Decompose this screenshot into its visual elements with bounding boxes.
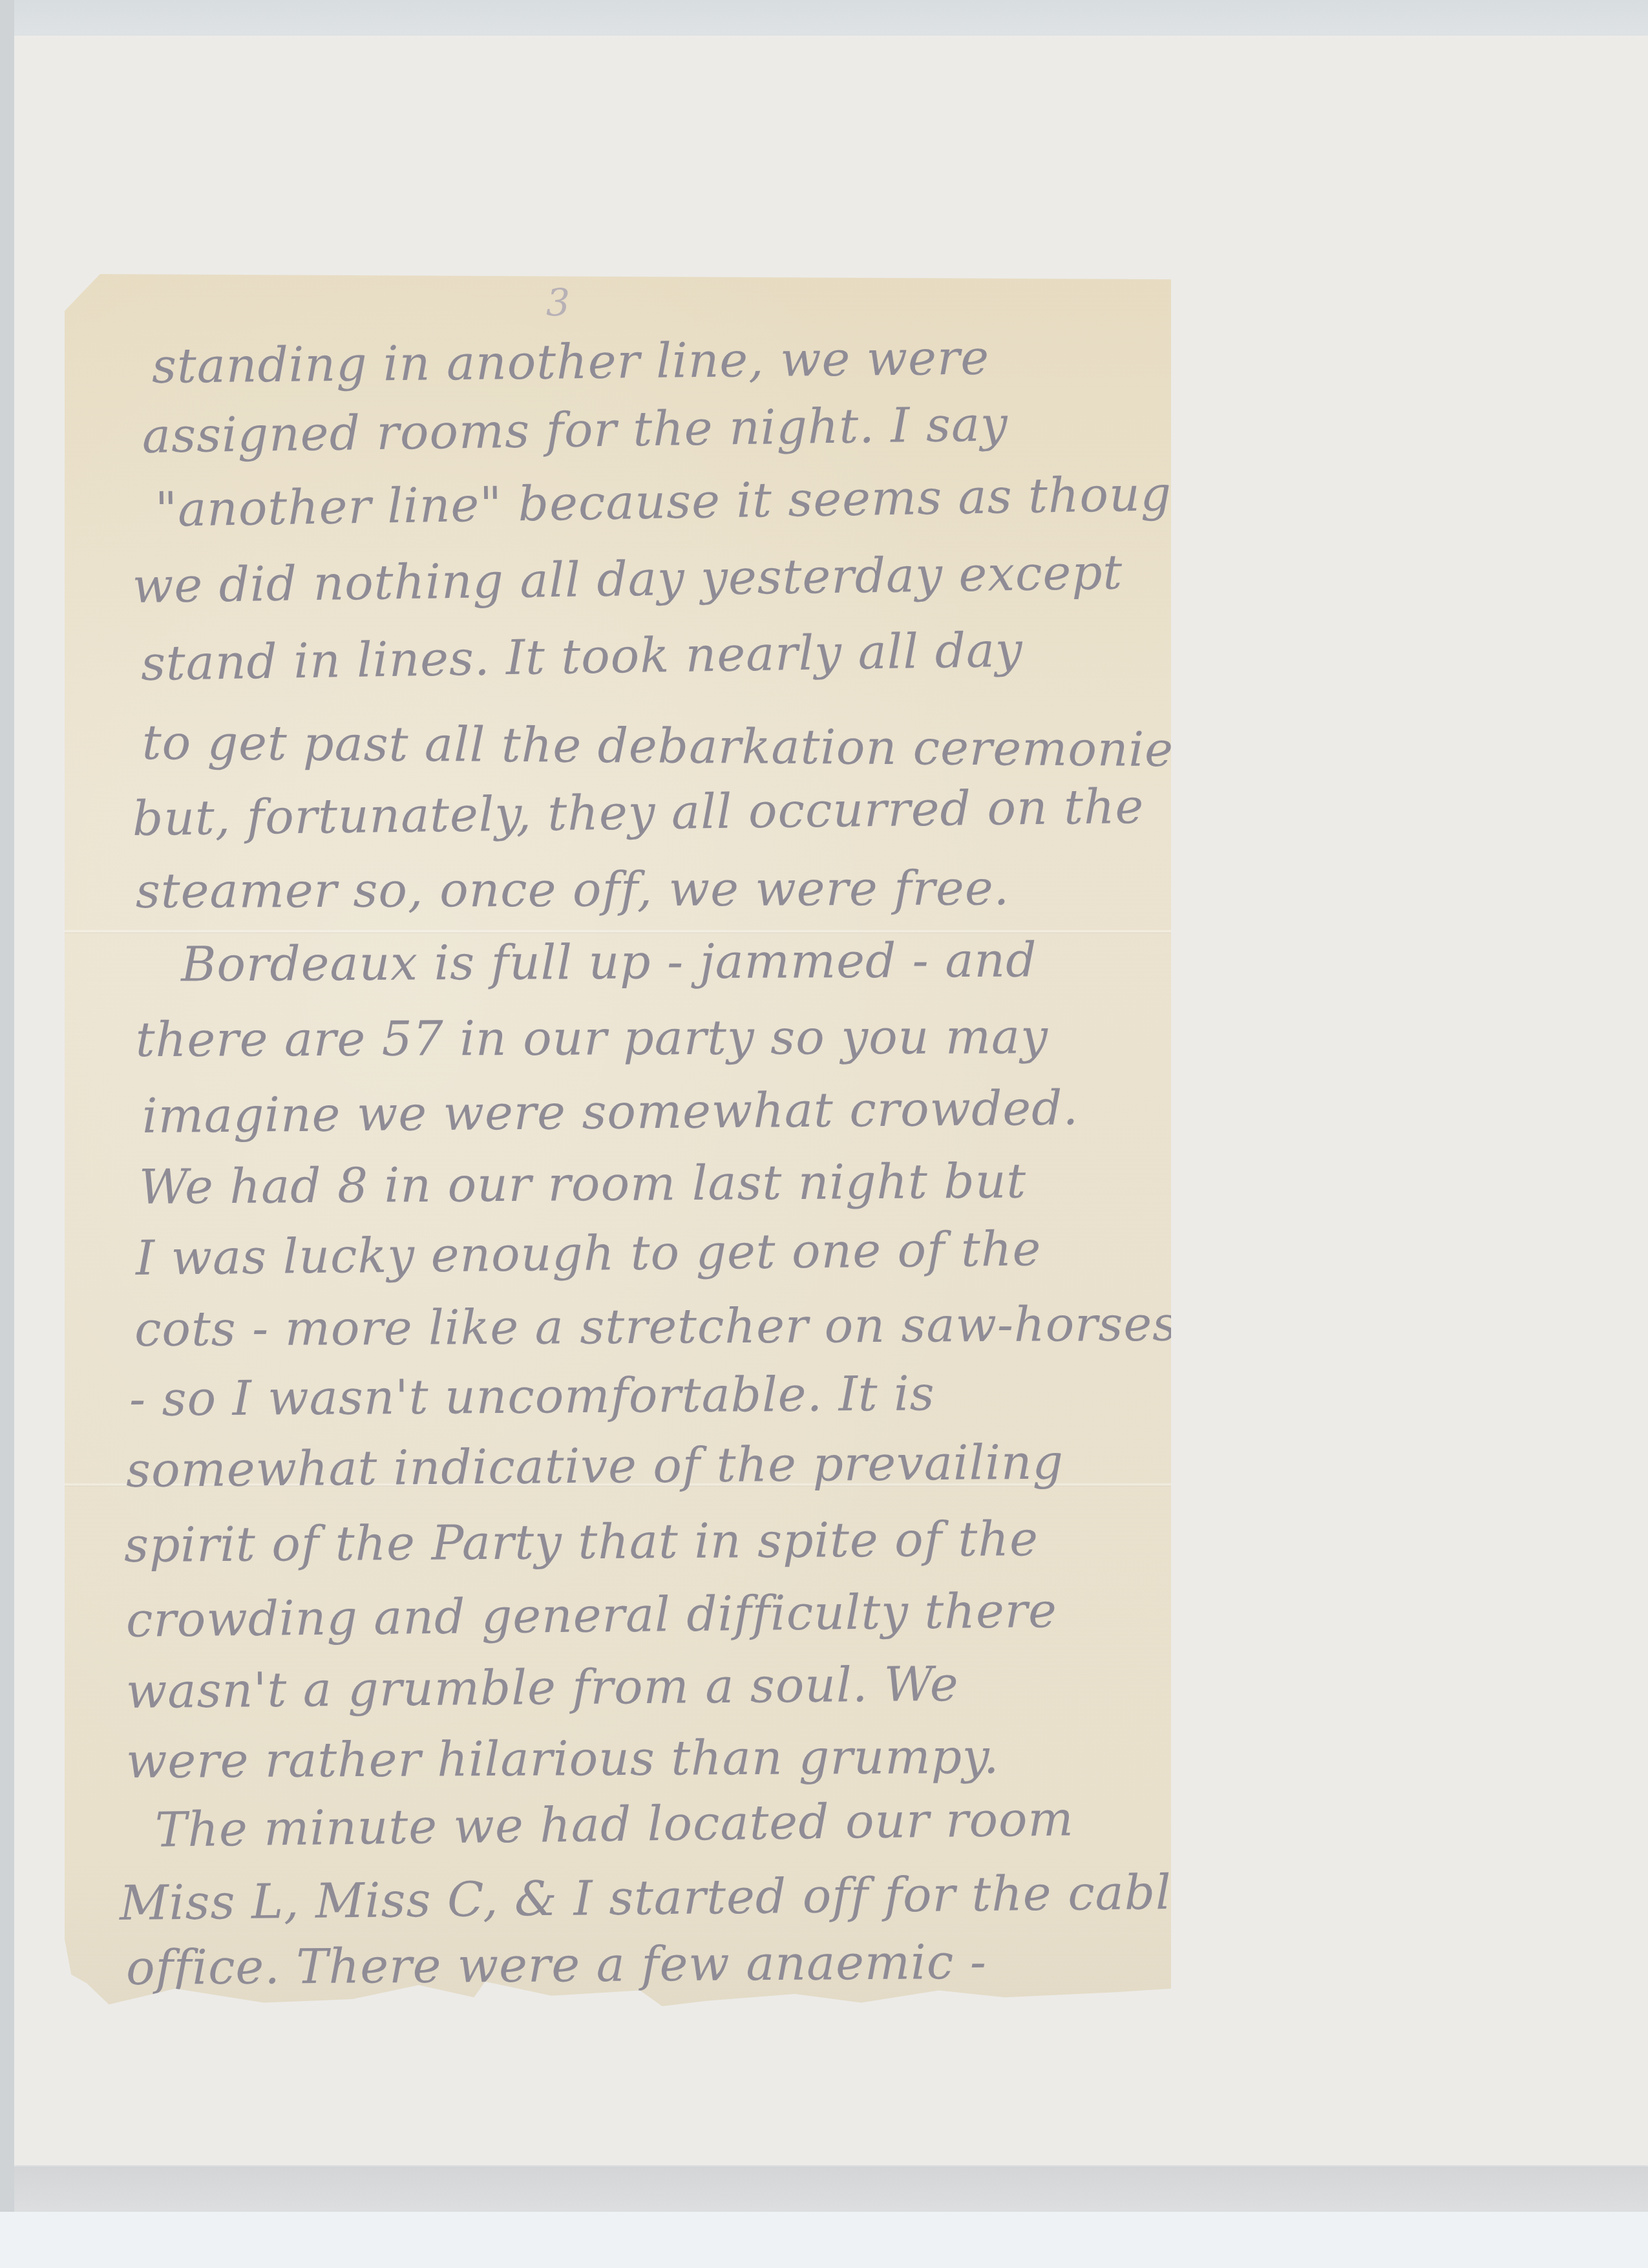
letter-line: were rather hilarious than grumpy. [126,1729,1000,1789]
letter-line: assigned rooms for the night. I say [142,396,1008,464]
letter-page: 3 standing in another line, we were assi… [65,274,1171,2031]
letter-line: office. There were a few anaemic - [126,1934,987,1996]
letter-line: imagine we were somewhat crowded. [142,1080,1079,1144]
letter-line: - so I wasn't uncomfortable. It is [129,1366,935,1427]
letter-line: "another line" because it seems as thoug… [154,466,1203,538]
scanner-left-edge [0,0,14,2268]
scanner-top-edge [0,0,1648,40]
letter-line: to get past all the debarkation ceremoni… [142,715,1199,778]
letter-line: I was lucky enough to get one of the [136,1221,1042,1286]
letter-line: stand in lines. It took nearly all day [140,622,1023,692]
letter-line: spirit of the Party that in spite of the [124,1511,1039,1573]
scanner-bottom-strip [14,2167,1648,2212]
letter-line: The minute we had located our room [83,1791,1074,1859]
letter-line: crowding and general difficulty there [126,1583,1058,1648]
letter-line: but, fortunately, they all occurred on t… [132,779,1144,847]
letter-line: we did nothing all day yesterday except [132,545,1123,614]
letter-line: cots - more like a stretcher on saw-hors… [134,1297,1178,1357]
letter-line: there are 57 in our party so you may [136,1009,1048,1068]
letter-line: Miss L, Miss C, & I started off for the … [120,1864,1201,1931]
page-number: 3 [546,281,570,324]
letter-line: Bordeaux is full up - jammed - and [110,932,1037,993]
letter-line: We had 8 in our room last night but [139,1153,1027,1215]
letter-line: somewhat indicative of the prevailing [126,1434,1064,1498]
scanner-bottom-edge [0,2212,1648,2268]
letter-line: wasn't a grumble from a soul. We [126,1657,959,1719]
letter-line: steamer so, once off, we were free. [136,860,1009,919]
letter-line: standing in another line, we were [152,330,990,394]
